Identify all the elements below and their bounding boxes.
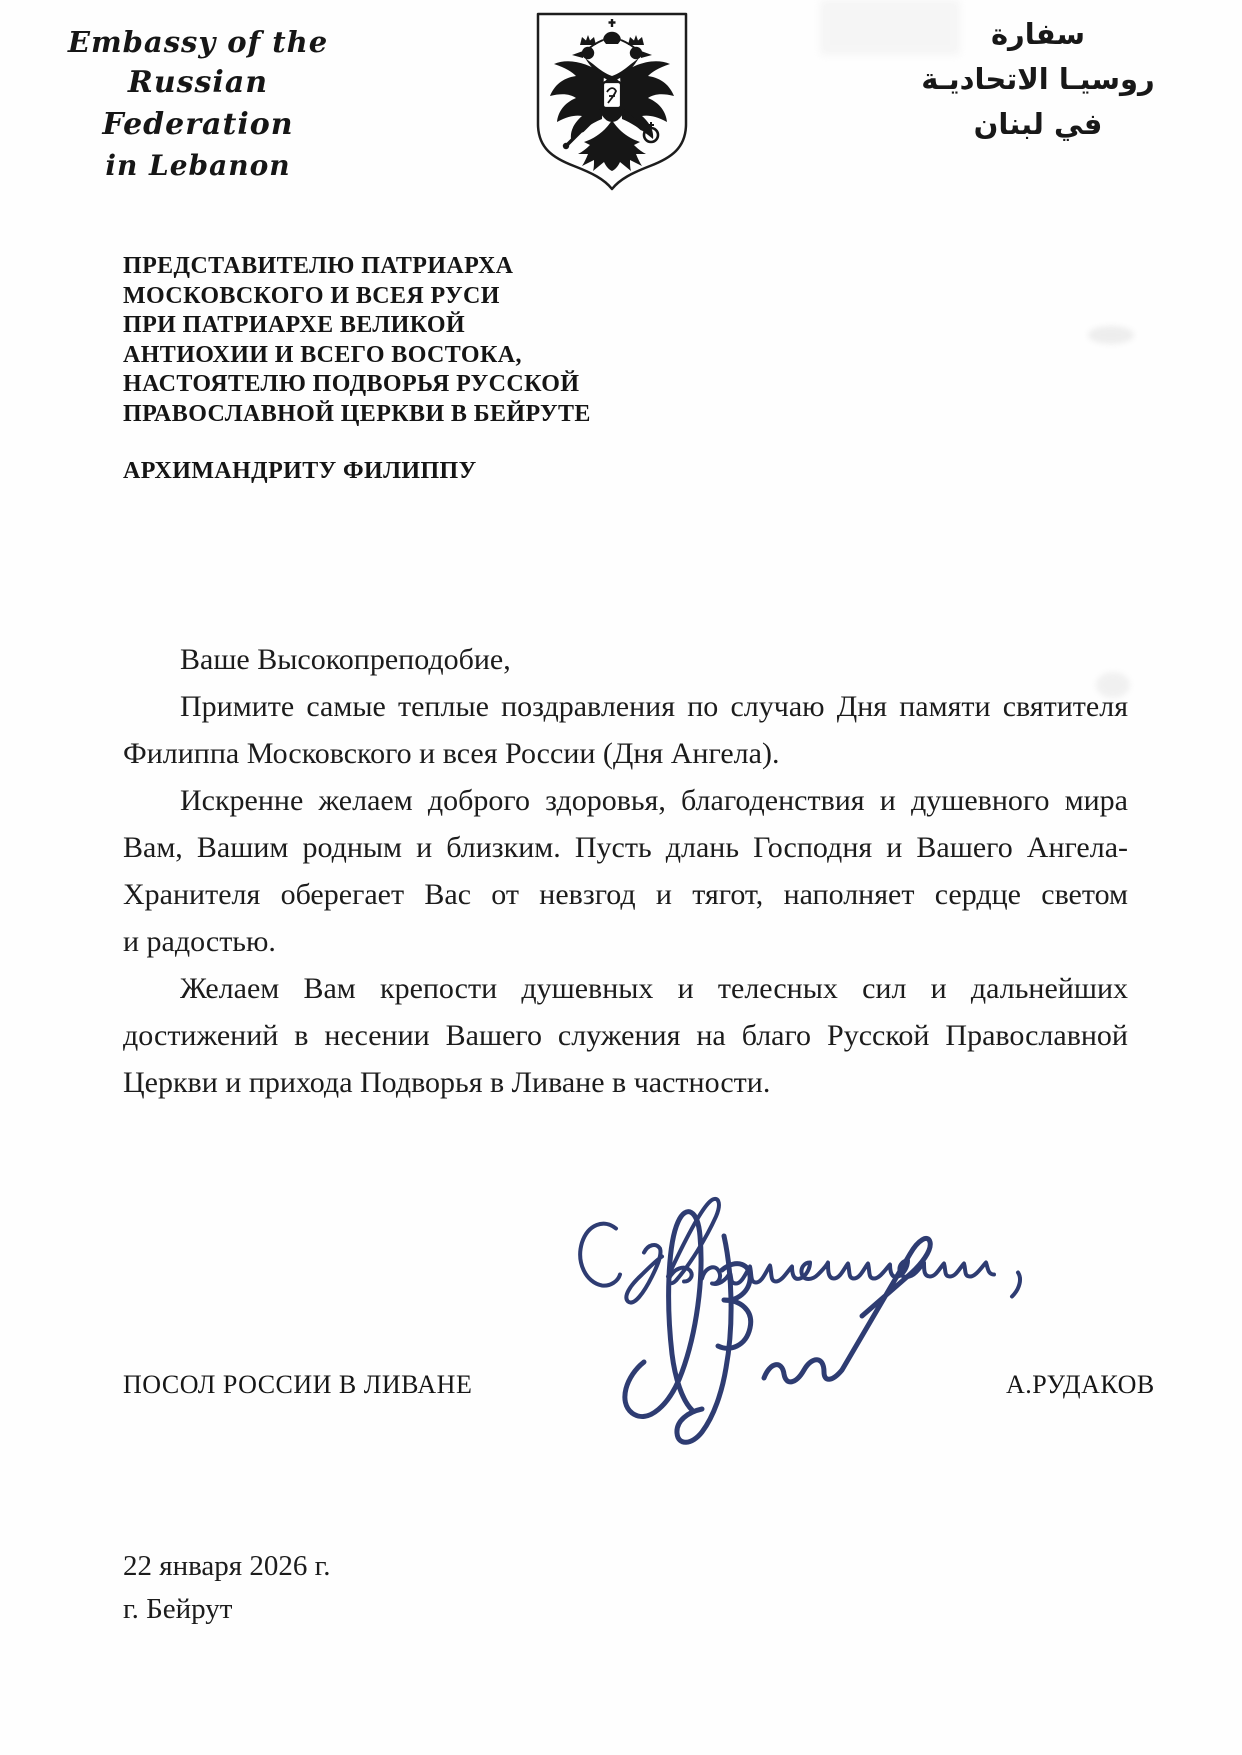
letter-page: Embassy of the Russian Federation in Leb… [0,0,1242,1755]
scan-smudge [1096,672,1130,698]
body-line: достижений в несении Вашего служения на … [123,1012,1128,1059]
ambassador-signature [600,1192,980,1470]
ambassador-name: А.РУДАКОВ [1006,1370,1155,1400]
body-line: Вам, Вашим родным и близким. Пусть длань… [123,824,1128,871]
embassy-ar-line: في لبنان [858,102,1218,147]
ambassador-title: ПОСОЛ РОССИИ В ЛИВАНЕ [123,1370,472,1400]
recipient-name: АРХИМАНДРИТУ ФИЛИППУ [123,458,477,485]
scan-smudge [820,0,960,55]
body-line: Хранителя оберегает Вас от невзгод и тяг… [123,871,1128,918]
scan-smudge [1088,326,1134,344]
address-line: АНТИОХИИ И ВСЕГО ВОСТОКА, [123,341,743,371]
embassy-en-line: Embassy of the [28,22,368,62]
embassy-ar-line: روسيـا الاتحاديـة [858,57,1218,102]
recipient-address-block: ПРЕДСТАВИТЕЛЮ ПАТРИАРХА МОСКОВСКОГО И ВС… [123,252,743,429]
place-line: г. Бейрут [123,1588,331,1631]
body-line: Искренне желаем доброго здоровья, благод… [123,777,1128,824]
body-salutation: Ваше Высокопреподобие, [123,636,1128,683]
body-line: Желаем Вам крепости душевных и телесных … [123,965,1128,1012]
address-line: МОСКОВСКОГО И ВСЕЯ РУСИ [123,282,743,312]
date-block: 22 января 2026 г. г. Бейрут [123,1545,331,1631]
body-line: Примите самые теплые поздравления по слу… [123,683,1128,730]
embassy-header-english: Embassy of the Russian Federation in Leb… [28,22,368,186]
embassy-en-line: Russian Federation [28,62,368,146]
body-line: Филиппа Московского и всея России (Дня А… [123,730,1128,777]
body-line: Церкви и прихода Подворья в Ливане в час… [123,1059,1128,1106]
address-line: ПРИ ПАТРИАРХЕ ВЕЛИКОЙ [123,311,743,341]
body-text: Ваше Высокопреподобие, Примите самые теп… [123,636,1128,1106]
address-line: ПРАВОСЛАВНОЙ ЦЕРКВИ В БЕЙРУТЕ [123,400,743,430]
address-line: ПРЕДСТАВИТЕЛЮ ПАТРИАРХА [123,252,743,282]
double-headed-eagle [550,19,674,171]
body-line: и радостью. [123,918,1128,965]
address-line: НАСТОЯТЕЛЮ ПОДВОРЬЯ РУССКОЙ [123,370,743,400]
russian-coat-of-arms-icon [530,8,694,194]
embassy-en-line: in Lebanon [28,146,368,186]
date-line: 22 января 2026 г. [123,1545,331,1588]
